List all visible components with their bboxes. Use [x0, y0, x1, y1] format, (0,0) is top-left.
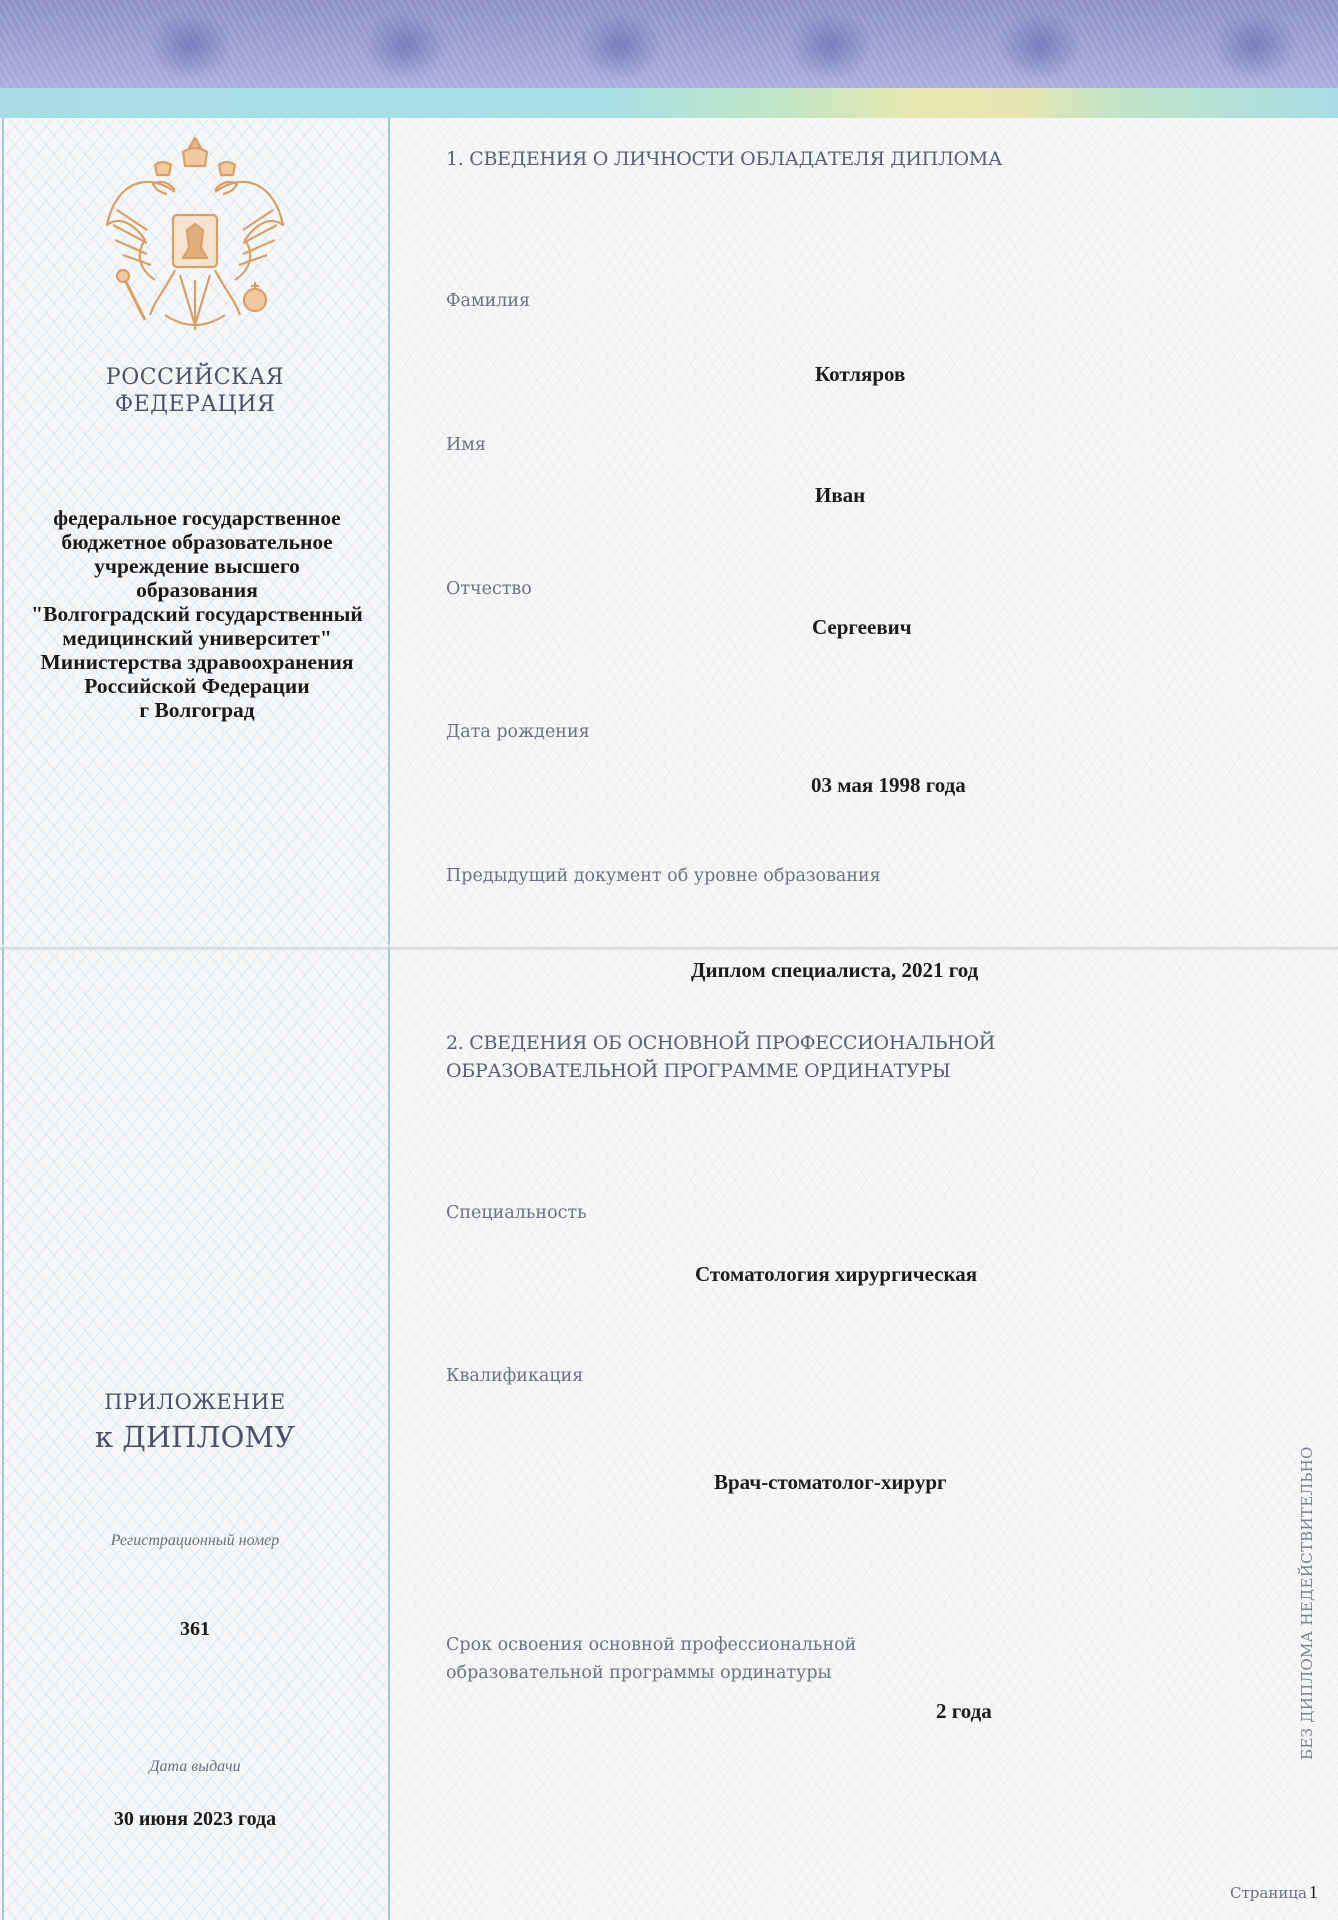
country-line-2: ФЕДЕРАЦИЯ — [115, 392, 275, 417]
page-number-value: 1 — [1309, 1882, 1318, 1902]
program-duration-label: Срок освоения основной профессиональной … — [446, 1631, 856, 1687]
birth-date-label: Дата рождения — [446, 718, 590, 746]
patronymic-label: Отчество — [446, 575, 532, 603]
birth-date-value: 03 мая 1998 года — [811, 773, 966, 798]
appendix-title-line-1: ПРИЛОЖЕНИЕ — [0, 1390, 390, 1414]
country-line-1: РОССИЙСКАЯ — [106, 365, 284, 390]
registration-number-label: Регистрационный номер — [0, 1532, 390, 1550]
issue-date-label: Дата выдачи — [0, 1758, 390, 1776]
previous-education-label: Предыдущий документ об уровне образовани… — [446, 862, 881, 890]
section-2-title: 2. СВЕДЕНИЯ ОБ ОСНОВНОЙ ПРОФЕССИОНАЛЬНОЙ… — [446, 1029, 995, 1085]
appendix-title: ПРИЛОЖЕНИЕ к ДИПЛОМУ — [0, 1390, 390, 1454]
first-name-label: Имя — [446, 431, 486, 459]
surname-label: Фамилия — [446, 287, 530, 315]
appendix-title-line-2: к ДИПЛОМУ — [0, 1420, 390, 1454]
rainbow-band — [0, 88, 1338, 118]
qualification-label: Квалификация — [446, 1362, 583, 1390]
program-duration-value: 2 года — [936, 1699, 992, 1724]
institution-name: федеральное государственное бюджетное об… — [4, 506, 390, 722]
specialty-label: Специальность — [446, 1199, 587, 1227]
paper-fold-line — [0, 945, 1338, 951]
page-label: Страница — [1230, 1884, 1307, 1902]
surname-value: Котляров — [815, 362, 905, 387]
coat-of-arms-icon — [95, 130, 295, 345]
specialty-value: Стоматология хирургическая — [695, 1262, 977, 1287]
patronymic-value: Сергеевич — [812, 615, 912, 640]
validity-note: БЕЗ ДИПЛОМА НЕДЕЙСТВИТЕЛЬНО — [1298, 1446, 1316, 1760]
first-name-value: Иван — [815, 483, 865, 508]
previous-education-value: Диплом специалиста, 2021 год — [691, 958, 978, 983]
registration-number: 361 — [0, 1618, 390, 1641]
section-1-title: 1. СВЕДЕНИЯ О ЛИЧНОСТИ ОБЛАДАТЕЛЯ ДИПЛОМ… — [446, 145, 1002, 173]
issue-date: 30 июня 2023 года — [0, 1808, 390, 1831]
page-number: Страница1 — [1230, 1882, 1318, 1903]
country-name: РОССИЙСКАЯ ФЕДЕРАЦИЯ — [0, 364, 390, 418]
security-banner — [0, 0, 1338, 88]
qualification-value: Врач-стоматолог-хирург — [714, 1470, 947, 1495]
